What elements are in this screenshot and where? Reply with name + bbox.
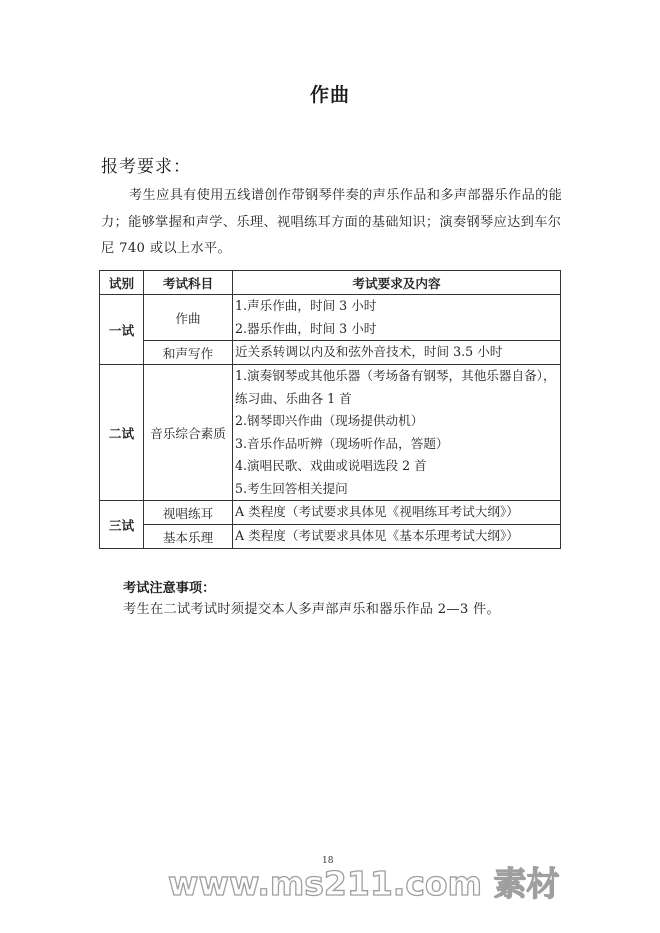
round-cell: 一试	[100, 295, 144, 365]
table-row: 和声写作 近关系转调以内及和弦外音技术，时间 3.5 小时	[100, 341, 561, 365]
content-line: 练习曲、乐曲各 1 首	[235, 388, 560, 411]
document-page: 作曲 报考要求： 考生应具有使用五线谱创作带钢琴伴奏的声乐作品和多声部器乐作品的…	[0, 0, 660, 933]
round-cell: 三试	[100, 501, 144, 549]
content-cell: 1.声乐作曲，时间 3 小时 2.器乐作曲，时间 3 小时	[233, 295, 561, 341]
content-line: 3.音乐作品听辨（现场听作品，答题）	[235, 433, 560, 456]
table-row: 一试 作曲 1.声乐作曲，时间 3 小时 2.器乐作曲，时间 3 小时	[100, 295, 561, 341]
table-header-row: 试别 考试科目 考试要求及内容	[100, 271, 561, 295]
content-line: 1.演奏钢琴或其他乐器（考场备有钢琴，其他乐器自备），	[235, 365, 560, 388]
table-row: 基本乐理 A 类程度（考试要求具体见《基本乐理考试大纲》）	[100, 525, 561, 549]
subject-cell: 基本乐理	[144, 525, 233, 549]
subject-cell: 和声写作	[144, 341, 233, 365]
round-cell: 二试	[100, 365, 144, 501]
content-cell: A 类程度（考试要求具体见《基本乐理考试大纲》）	[233, 525, 561, 549]
content-line: 2.钢琴即兴作曲（现场提供动机）	[235, 410, 560, 433]
content-cell: 1.演奏钢琴或其他乐器（考场备有钢琴，其他乐器自备）， 练习曲、乐曲各 1 首 …	[233, 365, 561, 501]
content-line: 近关系转调以内及和弦外音技术，时间 3.5 小时	[235, 341, 560, 364]
requirements-paragraph: 考生应具有使用五线谱创作带钢琴伴奏的声乐作品和多声部器乐作品的能力；能够掌握和声…	[101, 183, 563, 263]
header-round: 试别	[100, 271, 144, 295]
watermark: www.ms211.com 素材	[168, 858, 559, 905]
content-line: 4.演唱民歌、戏曲或说唱选段 2 首	[235, 455, 560, 478]
table-row: 三试 视唱练耳 A 类程度（考试要求具体见《视唱练耳考试大纲》）	[100, 501, 561, 525]
subject-cell: 视唱练耳	[144, 501, 233, 525]
requirements-heading: 报考要求：	[101, 152, 191, 177]
content-cell: 近关系转调以内及和弦外音技术，时间 3.5 小时	[233, 341, 561, 365]
header-subject: 考试科目	[144, 271, 233, 295]
header-content: 考试要求及内容	[233, 271, 561, 295]
exam-table: 试别 考试科目 考试要求及内容 一试 作曲 1.声乐作曲，时间 3 小时 2.器…	[99, 270, 561, 549]
content-line: 2.器乐作曲，时间 3 小时	[235, 318, 560, 341]
subject-cell: 作曲	[144, 295, 233, 341]
content-line: 5.考生回答相关提问	[235, 478, 560, 501]
content-line: A 类程度（考试要求具体见《视唱练耳考试大纲》）	[235, 501, 560, 524]
notes-heading: 考试注意事项：	[123, 577, 215, 596]
content-line: A 类程度（考试要求具体见《基本乐理考试大纲》）	[235, 525, 560, 548]
notes-text: 考生在二试考试时须提交本人多声部声乐和器乐作品 2—3 件。	[123, 598, 500, 617]
table-row: 二试 音乐综合素质 1.演奏钢琴或其他乐器（考场备有钢琴，其他乐器自备）， 练习…	[100, 365, 561, 501]
page-title: 作曲	[0, 80, 660, 107]
content-cell: A 类程度（考试要求具体见《视唱练耳考试大纲》）	[233, 501, 561, 525]
page-number: 18	[322, 856, 333, 866]
content-line: 1.声乐作曲，时间 3 小时	[235, 295, 560, 318]
subject-cell: 音乐综合素质	[144, 365, 233, 501]
